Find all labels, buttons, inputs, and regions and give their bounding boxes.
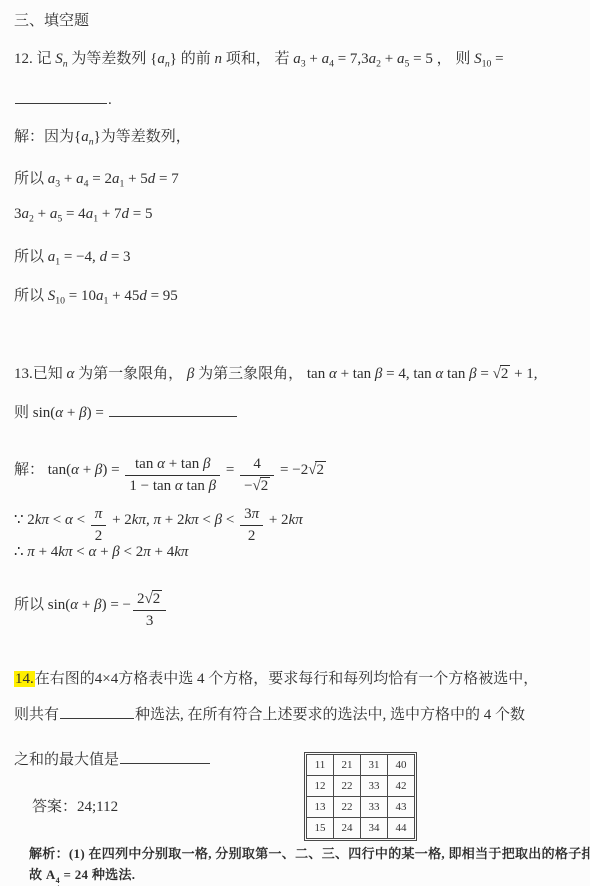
grid-cell: 33 xyxy=(361,797,388,818)
grid-cell: 13 xyxy=(307,797,334,818)
q13-stem: 13.已知 α 为第一象限角， β 为第三象限角， tan α + tan β … xyxy=(14,362,538,383)
number-grid: 11213140122233421322334315243444 xyxy=(304,752,417,841)
document-page: 三、填空题 12. 记 Sn 为等差数列 {an} 的前 n 项和， 若 a3 … xyxy=(0,0,590,886)
q14-line-1: 14.在右图的4×4方格表中选 4 个方格，要求每行和每列均恰有一个方格被选中， xyxy=(14,667,538,688)
grid-cell: 21 xyxy=(334,755,361,776)
number-grid-table: 11213140122233421322334315243444 xyxy=(306,754,415,839)
grid-cell: 40 xyxy=(388,755,415,776)
q12-answer-blank: . xyxy=(14,88,112,109)
q13-ask: 则 sin(α + β) = xyxy=(14,401,238,422)
grid-cell: 33 xyxy=(361,776,388,797)
sol12-line-4: 所以 a1 = −4, d = 3 xyxy=(14,245,131,266)
grid-cell: 11 xyxy=(307,755,334,776)
sol12-line-3: 3a2 + a5 = 4a1 + 7d = 5 xyxy=(14,206,153,223)
grid-cell: 22 xyxy=(334,776,361,797)
sol13-line-1: 解： tan(α + β) = tan α + tan β1 − tan α t… xyxy=(14,455,326,496)
grid-row: 15243444 xyxy=(307,818,415,839)
q12-stem: 12. 记 Sn 为等差数列 {an} 的前 n 项和， 若 a3 + a4 =… xyxy=(14,47,504,68)
grid-cell: 44 xyxy=(388,818,415,839)
grid-row: 11213140 xyxy=(307,755,415,776)
grid-cell: 34 xyxy=(361,818,388,839)
sol13-line-4: 所以 sin(α + β) = −2√23 xyxy=(14,590,168,631)
q14-line-2: 则共有种选法, 在所有符合上述要求的选法中, 选中方格中的 4 个数 xyxy=(14,703,525,724)
sol13-line-3: ∴ π + 4kπ < α + β < 2π + 4kπ xyxy=(14,542,188,561)
sol12-line-2: 所以 a3 + a4 = 2a1 + 5d = 7 xyxy=(14,167,179,188)
grid-cell: 15 xyxy=(307,818,334,839)
grid-cell: 24 xyxy=(334,818,361,839)
sol12-line-5: 所以 S10 = 10a1 + 45d = 95 xyxy=(14,284,178,305)
grid-row: 13223343 xyxy=(307,797,415,818)
analysis-line-2: 故 A44 = 24 种选法. xyxy=(29,864,135,886)
analysis-line-1: 解析：(1) 在四列中分别取一格, 分别取第一、二、三、四行中的某一格, 即相当… xyxy=(29,843,590,862)
grid-cell: 22 xyxy=(334,797,361,818)
section-heading: 三、填空题 xyxy=(14,9,89,30)
answer-line: 答案：24;112 xyxy=(32,795,118,816)
q14-line-3: 之和的最大值是 xyxy=(14,748,211,769)
grid-row: 12223342 xyxy=(307,776,415,797)
grid-cell: 43 xyxy=(388,797,415,818)
grid-cell: 31 xyxy=(361,755,388,776)
grid-cell: 42 xyxy=(388,776,415,797)
sol12-line-1: 解：因为{an}为等差数列， xyxy=(14,125,191,146)
grid-cell: 12 xyxy=(307,776,334,797)
sol13-line-2: ∵ 2kπ < α < π2 + 2kπ, π + 2kπ < β < 3π2 … xyxy=(14,505,303,546)
